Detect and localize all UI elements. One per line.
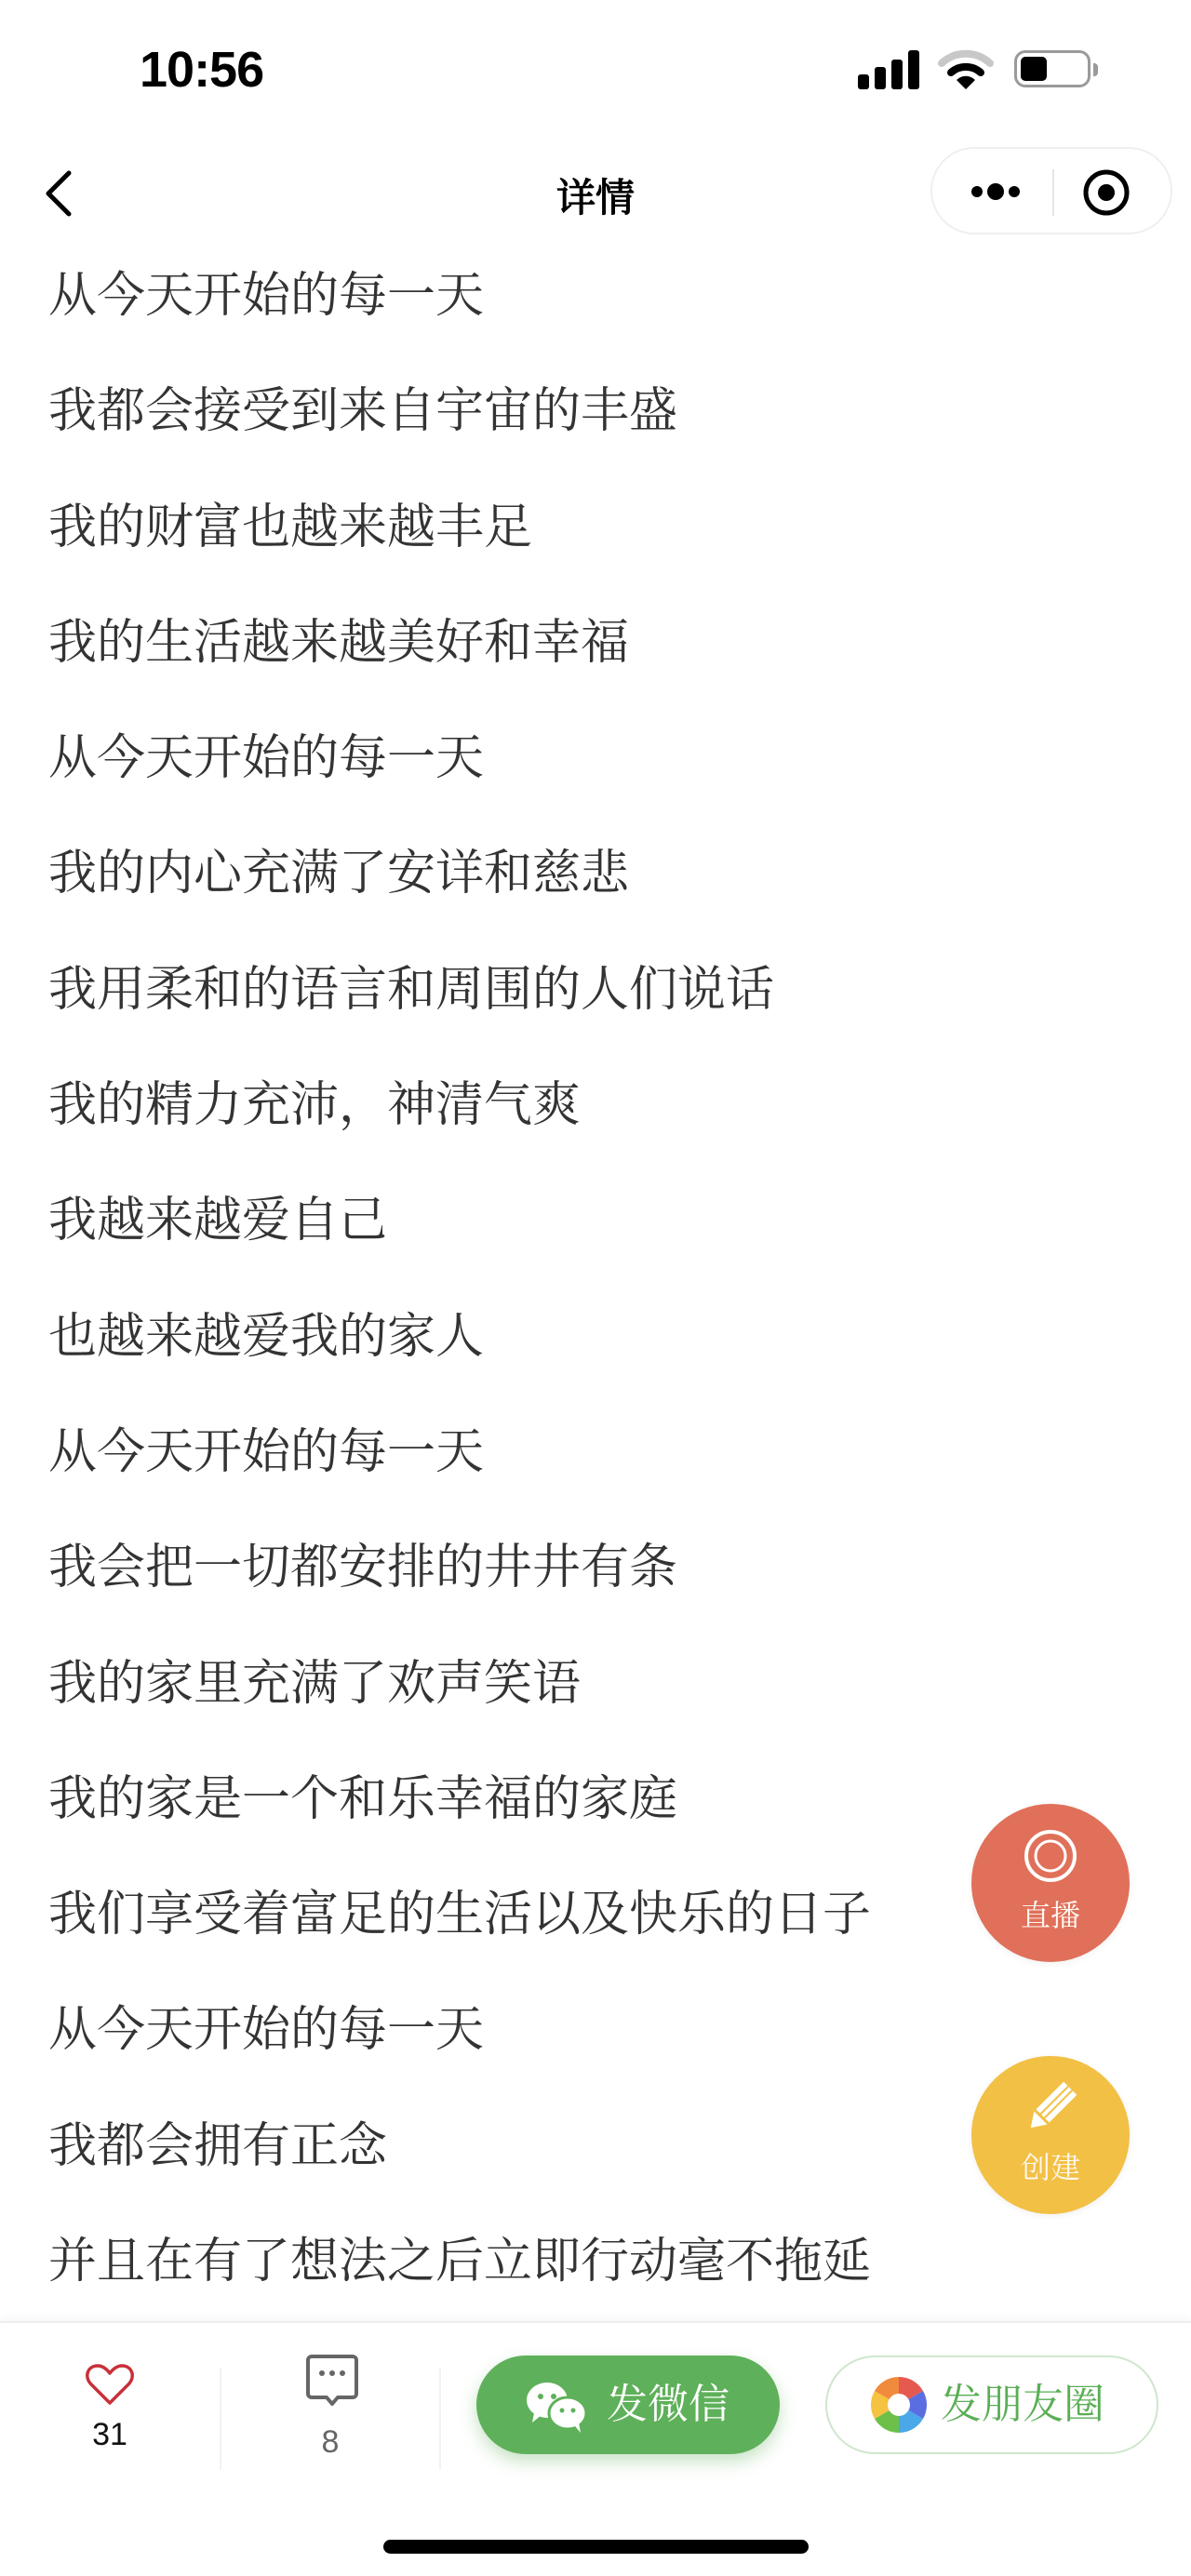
live-ring-icon	[1023, 1828, 1078, 1884]
comment-button[interactable]: 8	[221, 2323, 440, 2463]
text-line: 我用柔和的语言和周围的人们说话	[48, 932, 1146, 1048]
like-button[interactable]: 31	[0, 2323, 220, 2463]
wechat-icon	[525, 2380, 590, 2434]
text-line: 也越来越爱我的家人	[48, 1279, 1146, 1395]
battery-icon	[1014, 50, 1091, 87]
miniprogram-capsule	[930, 147, 1172, 234]
share-wechat-label: 发微信	[607, 2378, 729, 2432]
home-indicator[interactable]	[383, 2540, 809, 2554]
text-line: 我的家里充满了欢声笑语	[48, 1626, 1146, 1742]
like-count: 31	[0, 2416, 220, 2453]
cellular-signal-icon	[858, 50, 921, 89]
text-line: 我都会接受到来自宇宙的丰盛	[48, 354, 1146, 469]
nav-bar: 详情	[0, 140, 1191, 242]
create-button[interactable]: 创建	[971, 2056, 1130, 2214]
text-line: 我越来越爱自己	[48, 1163, 1146, 1278]
moments-aperture-icon	[870, 2376, 928, 2434]
create-label: 创建	[971, 2149, 1130, 2186]
more-dots-icon[interactable]	[964, 173, 1029, 210]
text-line: 我的财富也越来越丰足	[48, 470, 1146, 585]
status-bar: 10:56	[0, 0, 1191, 140]
battery-tip	[1093, 63, 1098, 76]
live-button[interactable]: 直播	[971, 1804, 1130, 1962]
divider	[439, 2368, 441, 2470]
text-line: 我的生活越来越美好和幸福	[48, 585, 1146, 701]
share-wechat-button[interactable]: 发微信	[476, 2356, 780, 2454]
capsule-divider	[1052, 169, 1054, 216]
live-label: 直播	[971, 1897, 1130, 1934]
text-line: 从今天开始的每一天	[48, 701, 1146, 816]
share-moments-label: 发朋友圈	[941, 2378, 1104, 2432]
bottom-action-bar: 31 8 发微信	[0, 2321, 1191, 2576]
share-moments-button[interactable]: 发朋友圈	[825, 2356, 1158, 2454]
text-line: 从今天开始的每一天	[48, 1972, 1146, 2088]
target-circle-icon[interactable]	[1081, 167, 1131, 218]
text-line: 从今天开始的每一天	[48, 238, 1146, 354]
text-line: 我会把一切都安排的井井有条	[48, 1510, 1146, 1625]
comment-count: 8	[221, 2423, 440, 2461]
pencil-icon	[1023, 2080, 1078, 2136]
text-line: 我的内心充满了安详和慈悲	[48, 816, 1146, 931]
text-line: 我的家是一个和乐幸福的家庭	[48, 1742, 1146, 1857]
comment-bubble-icon	[304, 2353, 360, 2416]
heart-icon	[84, 2358, 136, 2410]
text-line: 并且在有了想法之后立即行动毫不拖延	[48, 2204, 1146, 2319]
status-time: 10:56	[140, 41, 263, 99]
text-line: 从今天开始的每一天	[48, 1395, 1146, 1510]
text-line: 我的精力充沛，神清气爽	[48, 1048, 1146, 1163]
wifi-icon	[938, 48, 994, 91]
article-content: 从今天开始的每一天 我都会接受到来自宇宙的丰盛 我的财富也越来越丰足 我的生活越…	[48, 238, 1146, 2319]
